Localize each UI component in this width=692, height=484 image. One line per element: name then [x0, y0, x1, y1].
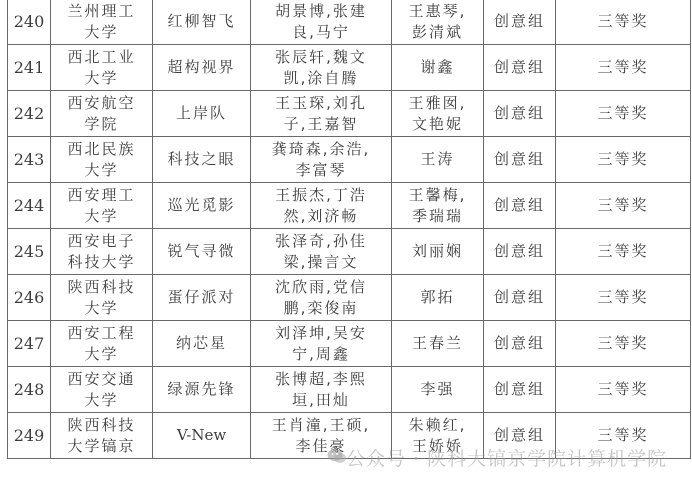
cell-group: 创意组 [484, 413, 556, 459]
cell-advisor-line: 李强 [392, 379, 483, 400]
cell-advisor-line: 刘丽娴 [392, 241, 483, 262]
cell-school-line: 大学 [51, 160, 152, 181]
cell-advisor-line: 文艳妮 [392, 114, 483, 135]
cell-members-line: 龚琦森,余浩, [251, 139, 391, 160]
cell-advisor: 刘丽娴 [392, 229, 484, 275]
cell-members-line: 李佳豪 [251, 436, 391, 457]
cell-advisor-line: 朱赖红, [392, 415, 483, 436]
cell-number: 246 [8, 275, 51, 321]
cell-team: 锐气寻微 [153, 229, 251, 275]
cell-members-line: 张泽奇,孙佳 [251, 231, 391, 252]
cell-school-line: 陕西科技 [51, 277, 152, 298]
cell-school: 西安交通大学 [51, 367, 153, 413]
cell-members-line: 鹏,栾俊南 [251, 298, 391, 319]
cell-school-line: 大学 [51, 206, 152, 227]
cell-school: 西安工程大学 [51, 321, 153, 367]
cell-members: 龚琦森,余浩,李富琴 [251, 137, 392, 183]
cell-members-line: 李富琴 [251, 160, 391, 181]
cell-award: 三等奖 [556, 45, 691, 91]
cell-members-line: 刘泽坤,吴安 [251, 323, 391, 344]
cell-members: 王振杰,丁浩然,刘济畅 [251, 183, 392, 229]
cell-team: 巡光觅影 [153, 183, 251, 229]
cell-members: 张博超,李熙垣,田灿 [251, 367, 392, 413]
table-row: 243西北民族大学科技之眼龚琦森,余浩,李富琴王涛创意组三等奖 [8, 137, 691, 183]
cell-number: 248 [8, 367, 51, 413]
table-row: 240兰州理工大学红柳智飞胡景博,张建良,马宁王惠琴,彭清斌创意组三等奖 [8, 0, 691, 45]
cell-school: 西安电子科技大学 [51, 229, 153, 275]
cell-school-line: 大学镐京 [51, 436, 152, 457]
cell-members: 胡景博,张建良,马宁 [251, 0, 392, 45]
cell-school-line: 西安工程 [51, 323, 152, 344]
cell-team: 超构视界 [153, 45, 251, 91]
cell-members-line: 胡景博,张建 [251, 1, 391, 22]
cell-members-line: 王玉琛,刘孔 [251, 93, 391, 114]
table-row: 242西安航空学院上岸队王玉琛,刘孔子,王嘉智王雅囡,文艳妮创意组三等奖 [8, 91, 691, 137]
cell-members-line: 凯,涂自腾 [251, 68, 391, 89]
cell-number: 247 [8, 321, 51, 367]
cell-advisor: 王雅囡,文艳妮 [392, 91, 484, 137]
cell-members: 张辰轩,魏文凯,涂自腾 [251, 45, 392, 91]
cell-school-line: 西北工业 [51, 47, 152, 68]
cell-advisor-line: 王馨梅, [392, 185, 483, 206]
cell-advisor-line: 王春兰 [392, 333, 483, 354]
cell-advisor-line: 彭清斌 [392, 22, 483, 43]
awards-table-container: 240兰州理工大学红柳智飞胡景博,张建良,马宁王惠琴,彭清斌创意组三等奖241西… [7, 0, 690, 459]
cell-advisor: 王馨梅,季瑞瑞 [392, 183, 484, 229]
cell-advisor-line: 谢鑫 [392, 57, 483, 78]
awards-table: 240兰州理工大学红柳智飞胡景博,张建良,马宁王惠琴,彭清斌创意组三等奖241西… [7, 0, 691, 459]
cell-school-line: 大学 [51, 68, 152, 89]
cell-advisor: 王春兰 [392, 321, 484, 367]
cell-members-line: 王肖潼,王硕, [251, 415, 391, 436]
cell-members-line: 王振杰,丁浩 [251, 185, 391, 206]
cell-school-line: 西安交通 [51, 369, 152, 390]
cell-school: 陕西科技大学 [51, 275, 153, 321]
cell-group: 创意组 [484, 0, 556, 45]
cell-award: 三等奖 [556, 275, 691, 321]
cell-members-line: 子,王嘉智 [251, 114, 391, 135]
cell-school-line: 大学 [51, 298, 152, 319]
cell-award: 三等奖 [556, 137, 691, 183]
cell-team: V-New [153, 413, 251, 459]
cell-school: 西安航空学院 [51, 91, 153, 137]
cell-advisor: 郭拓 [392, 275, 484, 321]
cell-school-line: 大学 [51, 344, 152, 365]
cell-award: 三等奖 [556, 0, 691, 45]
cell-group: 创意组 [484, 367, 556, 413]
cell-number: 249 [8, 413, 51, 459]
cell-group: 创意组 [484, 229, 556, 275]
cell-members-line: 沈欣雨,党信 [251, 277, 391, 298]
cell-number: 241 [8, 45, 51, 91]
cell-advisor: 王惠琴,彭清斌 [392, 0, 484, 45]
cell-advisor: 谢鑫 [392, 45, 484, 91]
table-row: 246陕西科技大学蛋仔派对沈欣雨,党信鹏,栾俊南郭拓创意组三等奖 [8, 275, 691, 321]
cell-team: 纳芯星 [153, 321, 251, 367]
cell-members-line: 然,刘济畅 [251, 206, 391, 227]
cell-advisor: 朱赖红,王娇娇 [392, 413, 484, 459]
cell-award: 三等奖 [556, 229, 691, 275]
cell-group: 创意组 [484, 321, 556, 367]
cell-group: 创意组 [484, 45, 556, 91]
cell-school-line: 大学 [51, 22, 152, 43]
cell-members-line: 垣,田灿 [251, 390, 391, 411]
cell-school: 西安理工大学 [51, 183, 153, 229]
cell-award: 三等奖 [556, 183, 691, 229]
table-row: 241西北工业大学超构视界张辰轩,魏文凯,涂自腾谢鑫创意组三等奖 [8, 45, 691, 91]
cell-award: 三等奖 [556, 91, 691, 137]
cell-school-line: 西安理工 [51, 185, 152, 206]
cell-school: 兰州理工大学 [51, 0, 153, 45]
cell-group: 创意组 [484, 137, 556, 183]
cell-team: 蛋仔派对 [153, 275, 251, 321]
cell-group: 创意组 [484, 91, 556, 137]
cell-team: 上岸队 [153, 91, 251, 137]
cell-school-line: 西安电子 [51, 231, 152, 252]
cell-school-line: 西北民族 [51, 139, 152, 160]
cell-group: 创意组 [484, 275, 556, 321]
cell-advisor-line: 王惠琴, [392, 1, 483, 22]
table-row: 244西安理工大学巡光觅影王振杰,丁浩然,刘济畅王馨梅,季瑞瑞创意组三等奖 [8, 183, 691, 229]
cell-number: 245 [8, 229, 51, 275]
cell-members: 王玉琛,刘孔子,王嘉智 [251, 91, 392, 137]
cell-team: 绿源先锋 [153, 367, 251, 413]
table-row: 248西安交通大学绿源先锋张博超,李熙垣,田灿李强创意组三等奖 [8, 367, 691, 413]
cell-members-line: 良,马宁 [251, 22, 391, 43]
cell-school: 西北民族大学 [51, 137, 153, 183]
cell-group: 创意组 [484, 183, 556, 229]
cell-advisor-line: 王雅囡, [392, 93, 483, 114]
cell-members-line: 宁,周鑫 [251, 344, 391, 365]
cell-members-line: 张博超,李熙 [251, 369, 391, 390]
cell-team: 红柳智飞 [153, 0, 251, 45]
cell-award: 三等奖 [556, 321, 691, 367]
cell-advisor-line: 季瑞瑞 [392, 206, 483, 227]
cell-school-line: 兰州理工 [51, 1, 152, 22]
cell-school: 西北工业大学 [51, 45, 153, 91]
cell-number: 243 [8, 137, 51, 183]
cell-school-line: 陕西科技 [51, 415, 152, 436]
cell-advisor-line: 郭拓 [392, 287, 483, 308]
cell-number: 242 [8, 91, 51, 137]
cell-award: 三等奖 [556, 413, 691, 459]
cell-advisor: 王涛 [392, 137, 484, 183]
cell-members: 王肖潼,王硕,李佳豪 [251, 413, 392, 459]
cell-number: 240 [8, 0, 51, 45]
cell-school-line: 学院 [51, 114, 152, 135]
cell-school-line: 大学 [51, 390, 152, 411]
cell-members: 张泽奇,孙佳梁,操言文 [251, 229, 392, 275]
cell-school-line: 西安航空 [51, 93, 152, 114]
cell-award: 三等奖 [556, 367, 691, 413]
cell-school: 陕西科技大学镐京 [51, 413, 153, 459]
cell-members: 刘泽坤,吴安宁,周鑫 [251, 321, 392, 367]
cell-advisor-line: 王涛 [392, 149, 483, 170]
table-row: 245西安电子科技大学锐气寻微张泽奇,孙佳梁,操言文刘丽娴创意组三等奖 [8, 229, 691, 275]
cell-members: 沈欣雨,党信鹏,栾俊南 [251, 275, 392, 321]
cell-members-line: 张辰轩,魏文 [251, 47, 391, 68]
cell-advisor-line: 王娇娇 [392, 436, 483, 457]
cell-advisor: 李强 [392, 367, 484, 413]
cell-team: 科技之眼 [153, 137, 251, 183]
cell-school-line: 科技大学 [51, 252, 152, 273]
table-row: 247西安工程大学纳芯星刘泽坤,吴安宁,周鑫王春兰创意组三等奖 [8, 321, 691, 367]
cell-members-line: 梁,操言文 [251, 252, 391, 273]
cell-number: 244 [8, 183, 51, 229]
table-row: 249陕西科技大学镐京V-New王肖潼,王硕,李佳豪朱赖红,王娇娇创意组三等奖 [8, 413, 691, 459]
